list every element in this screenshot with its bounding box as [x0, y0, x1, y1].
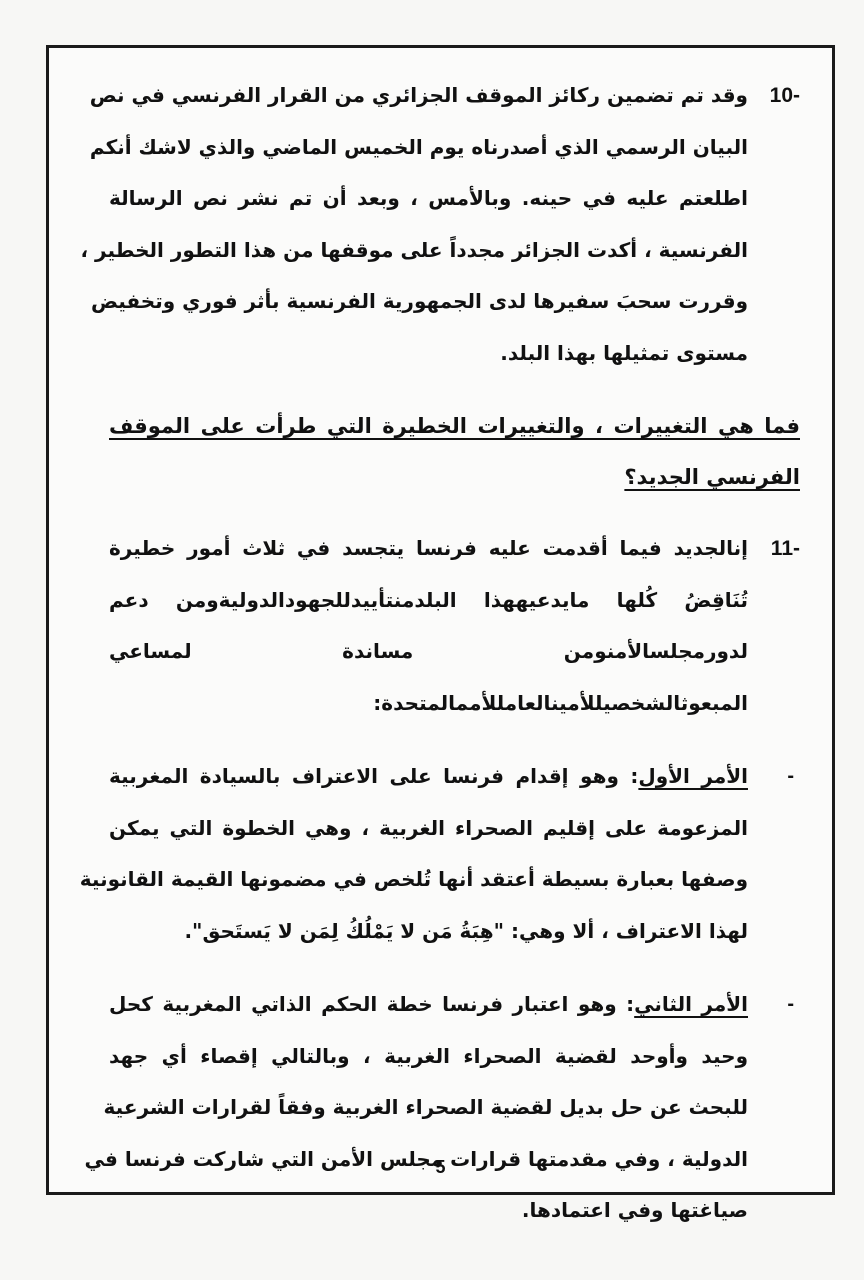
page-content: 10- وقد تم تضمين ركائز الموقف الجزائري م… [109, 70, 800, 1237]
text-line: اطلعتم عليه في حينه. وبالأمس ، وبعد أن ت… [109, 173, 748, 225]
text-line: المزعومة على إقليم الصحراء الغربية ، وهي… [109, 803, 748, 855]
paragraph-number: 11- [756, 523, 800, 575]
text-line: الفرنسية ، أكدت الجزائر مجدداً على موقفه… [109, 225, 748, 277]
text-line: صياغتها وفي اعتمادها. [109, 1185, 748, 1237]
page-number: 5 [49, 1157, 832, 1178]
text-line: الأمر الأول: وهو إقدام فرنسا على الاعترا… [109, 751, 748, 803]
text-line: البيان الرسمي الذي أصدرناه يوم الخميس ال… [109, 122, 748, 174]
text-line: المبعوثالشخصيللأمينالعامللأممالمتحدة: [109, 678, 748, 730]
bullet-marker: - [774, 751, 794, 803]
bullet-marker: - [774, 979, 794, 1031]
spacer [109, 957, 800, 979]
bullet-item-second: - الأمر الثاني: وهو اعتبار فرنسا خطة الح… [109, 979, 800, 1237]
text-line: وقد تم تضمين ركائز الموقف الجزائري من ال… [109, 70, 748, 122]
spacer [109, 729, 800, 751]
paragraph-11: 11- إنالجديد فيما أقدمت عليه فرنسا يتجسد… [109, 523, 800, 729]
heading-line: الفرنسي الجديد؟ [109, 452, 800, 503]
text-line: الأمر الثاني: وهو اعتبار فرنسا خطة الحكم… [109, 979, 748, 1031]
text-line: إنالجديد فيما أقدمت عليه فرنسا يتجسد في … [109, 523, 748, 575]
text-line: وقررت سحبَ سفيرها لدى الجمهورية الفرنسية… [109, 276, 748, 328]
text-line: مستوى تمثيلها بهذا البلد. [109, 328, 748, 380]
text-line: للبحث عن حل بديل لقضية الصحراء الغربية و… [109, 1082, 748, 1134]
paragraph-10: 10- وقد تم تضمين ركائز الموقف الجزائري م… [109, 70, 800, 379]
section-heading: فما هي التغييرات ، والتغييرات الخطيرة ال… [109, 401, 800, 503]
page-border-frame: 10- وقد تم تضمين ركائز الموقف الجزائري م… [46, 45, 835, 1195]
paragraph-number: 10- [756, 70, 800, 122]
heading-line: فما هي التغييرات ، والتغييرات الخطيرة ال… [109, 401, 800, 452]
text-line: لدورمجلسالأمنومن مساندة لمساعي [109, 626, 748, 678]
bullet-label: الأمر الثاني [634, 992, 748, 1016]
text-line: تُنَاقِضُ كُلها مايدعيههذا البلدمنتأييدل… [109, 575, 748, 627]
text-line: وحيد وأوحد لقضية الصحراء الغربية ، وبالت… [109, 1031, 748, 1083]
bullet-text: : وهو إقدام فرنسا على الاعتراف بالسيادة … [109, 764, 638, 788]
bullet-text: : وهو اعتبار فرنسا خطة الحكم الذاتي المغ… [109, 992, 634, 1016]
spacer [109, 503, 800, 523]
text-line: وصفها بعبارة بسيطة أعتقد أنها تُلخص في م… [109, 854, 748, 906]
bullet-item-first: - الأمر الأول: وهو إقدام فرنسا على الاعت… [109, 751, 800, 957]
text-line: لهذا الاعتراف ، ألا وهي: "هِبَةُ مَن لا … [109, 906, 748, 958]
bullet-label: الأمر الأول [638, 764, 748, 788]
